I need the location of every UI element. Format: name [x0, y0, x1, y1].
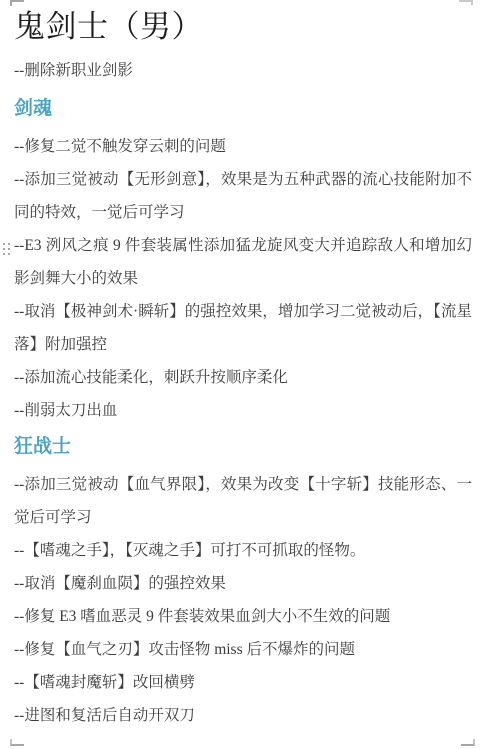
patch-note-paragraph: --添加三觉被动【血气界限】，效果为改变【十字斩】技能形态、一觉后可学习 [14, 468, 472, 534]
patch-note-paragraph: --修复【血气之刃】攻击怪物 miss 后不爆炸的问题 [14, 633, 472, 666]
section-heading-kuangzhanshi: 狂战士 [14, 435, 472, 459]
patch-note-paragraph: --E3 洌风之痕 9 件套装属性添加猛龙旋风变大并追踪敌人和增加幻影剑舞大小的… [14, 229, 472, 295]
text-boundary-corner-bottom-left-icon [10, 739, 24, 746]
patch-note-paragraph: --取消【极神剑术·瞬斩】的强控效果，增加学习二觉被动后，【流星落】附加强控 [14, 295, 472, 361]
text-boundary-corner-bottom-right-icon [461, 739, 475, 746]
document-page: 鬼剑士（男） --删除新职业剑影 剑魂 --修复二觉不触发穿云刺的问题 --添加… [0, 0, 485, 749]
patch-note-paragraph: --添加三觉被动【无形剑意】，效果是为五种武器的流心技能附加不同的特效，一觉后可… [14, 163, 472, 229]
patch-note-paragraph: --进图和复活后自动开双刀 [14, 699, 472, 732]
block-drag-handle-icon[interactable] [3, 243, 10, 255]
page-title: 鬼剑士（男） [14, 4, 472, 50]
patch-note-paragraph: --【嗜魂封魔斩】改回横劈 [14, 666, 472, 699]
section-heading-jianhun: 剑魂 [14, 97, 472, 121]
patch-note-paragraph: --取消【魔刹血陨】的强控效果 [14, 567, 472, 600]
document-content: 鬼剑士（男） --删除新职业剑影 剑魂 --修复二觉不触发穿云刺的问题 --添加… [14, 4, 472, 732]
patch-note-paragraph: --添加流心技能柔化，刺跃升按顺序柔化 [14, 361, 472, 394]
intro-paragraph: --删除新职业剑影 [14, 54, 472, 87]
patch-note-paragraph: --修复 E3 嗜血恶灵 9 件套装效果血剑大小不生效的问题 [14, 600, 472, 633]
patch-note-paragraph: --修复二觉不触发穿云刺的问题 [14, 130, 472, 163]
patch-note-paragraph: --【嗜魂之手】，【灭魂之手】可打不可抓取的怪物。 [14, 534, 472, 567]
patch-note-paragraph: --削弱太刀出血 [14, 394, 472, 427]
